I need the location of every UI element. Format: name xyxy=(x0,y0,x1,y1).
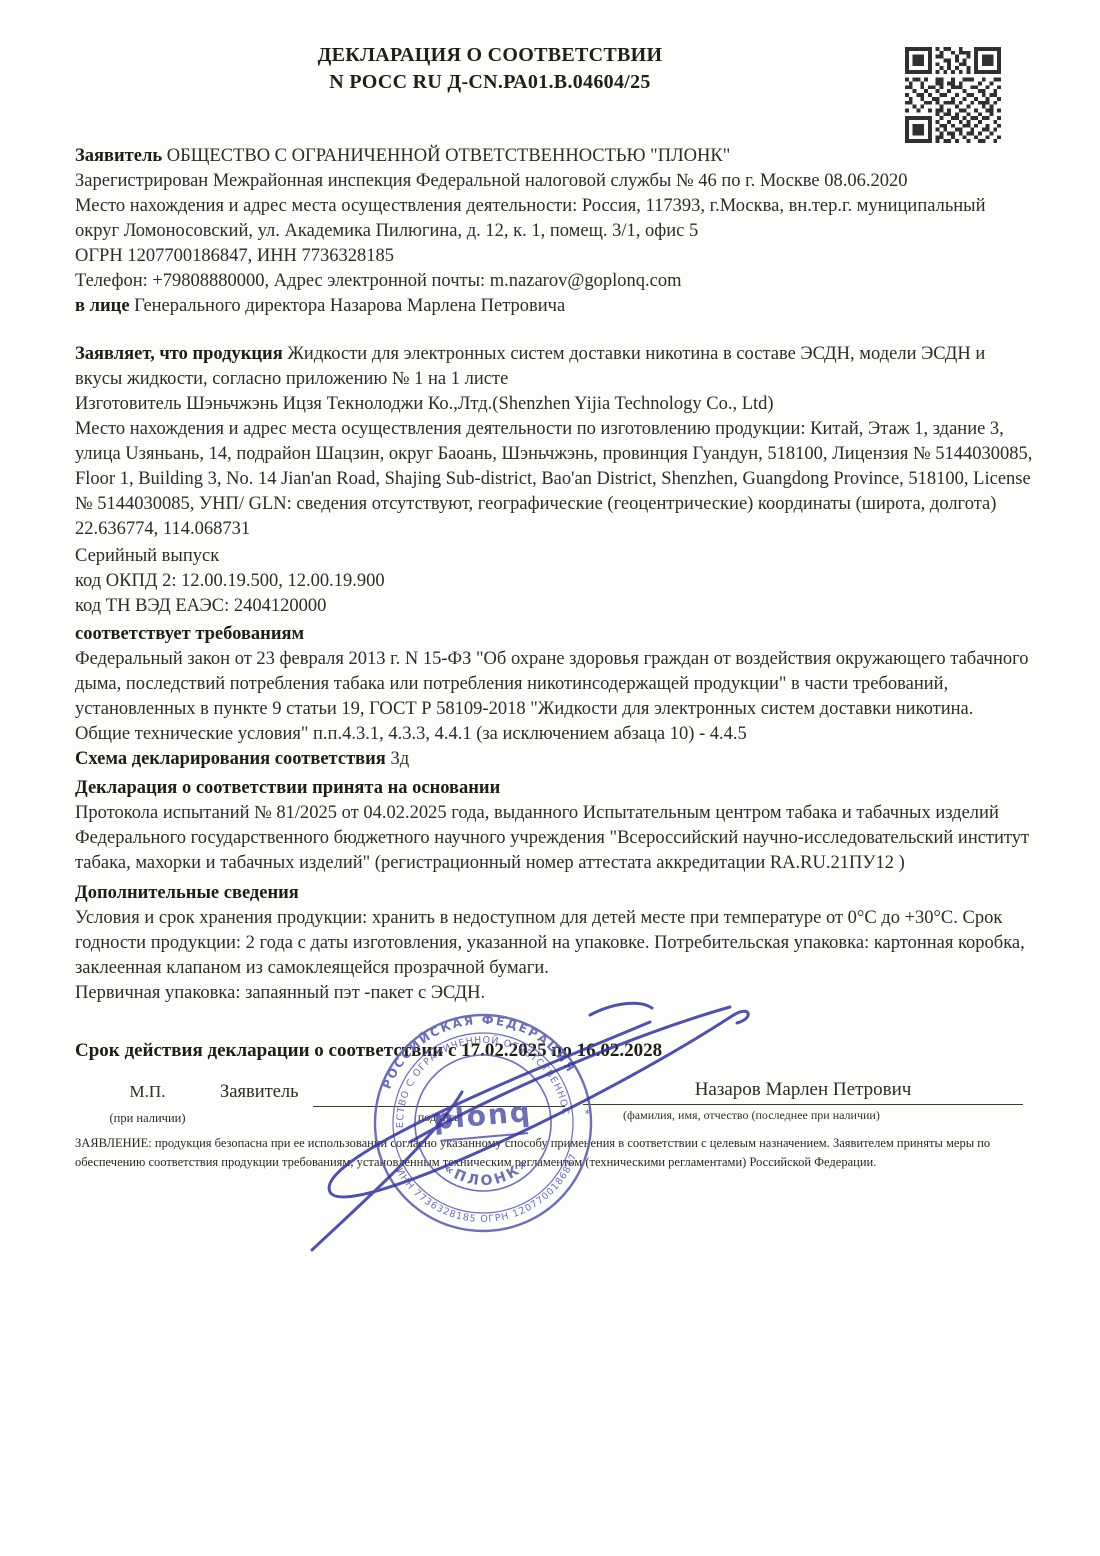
name-column: Назаров Марлен Петрович (фамилия, имя, о… xyxy=(583,1078,1023,1123)
applicant-ogrn-inn: ОГРН 1207700186847, ИНН 7736328185 xyxy=(75,244,1033,269)
title-line2: N РОСС RU Д-CN.РА01.В.04604/25 xyxy=(75,69,905,96)
product-declaration-line: Заявляет, что продукция Жидкости для эле… xyxy=(75,342,1033,392)
name-caption: (фамилия, имя, отчество (последнее при н… xyxy=(623,1108,1023,1123)
applicant-in-person-line: в лице Генерального директора Назарова М… xyxy=(75,294,1033,319)
signatory-name: Назаров Марлен Петрович xyxy=(583,1078,1023,1102)
mp-label: М.П. xyxy=(75,1082,220,1102)
basis-section: Декларация о соответствии принята на осн… xyxy=(75,776,1033,876)
additional-text: Условия и срок хранения продукции: храни… xyxy=(75,906,1033,981)
compliance-label: соответствует требованиям xyxy=(75,622,1033,647)
product-section: Заявляет, что продукция Жидкости для эле… xyxy=(75,342,1033,619)
applicant-registered: Зарегистрирован Межрайонная инспекция Фе… xyxy=(75,169,1033,194)
title-line1: ДЕКЛАРАЦИЯ О СООТВЕТСТВИИ xyxy=(75,42,905,69)
applicant-section: Заявитель ОБЩЕСТВО С ОГРАНИЧЕННОЙ ОТВЕТС… xyxy=(75,144,1033,319)
applicant-name-line: Заявитель ОБЩЕСТВО С ОГРАНИЧЕННОЙ ОТВЕТС… xyxy=(75,144,1033,169)
serial-line: Серийный выпуск xyxy=(75,544,1033,569)
document-title: ДЕКЛАРАЦИЯ О СООТВЕТСТВИИ N РОСС RU Д-CN… xyxy=(75,42,905,96)
signature-caption: подпись xyxy=(313,1110,565,1125)
applicant-label: Заявитель xyxy=(75,146,162,166)
name-line xyxy=(583,1102,1023,1105)
manufacturer-line: Изготовитель Шэньчжэнь Ицзя Текнолоджи К… xyxy=(75,392,1033,417)
signature-line-wrap: подпись xyxy=(313,1082,565,1125)
basis-text: Протокола испытаний № 81/2025 от 04.02.2… xyxy=(75,801,1033,876)
scheme-label: Схема декларирования соответствия xyxy=(75,749,386,769)
compliance-text: Федеральный закон от 23 февраля 2013 г. … xyxy=(75,647,1033,747)
tnved-line: код ТН ВЭД ЕАЭС: 2404120000 xyxy=(75,594,1033,619)
signature-row: М.П. (при наличии) Заявитель подпись Наз… xyxy=(75,1078,1033,1126)
document-content: ДЕКЛАРАЦИЯ О СООТВЕТСТВИИ N РОСС RU Д-CN… xyxy=(75,0,1033,1172)
additional-label: Дополнительные сведения xyxy=(75,881,1033,906)
basis-label: Декларация о соответствии принята на осн… xyxy=(75,776,1033,801)
manufacturer-address: Место нахождения и адрес места осуществл… xyxy=(75,417,1033,542)
signature-line xyxy=(313,1082,565,1107)
in-person-label: в лице xyxy=(75,296,130,316)
statement-fineprint: ЗАЯВЛЕНИЕ: продукция безопасна при ее ис… xyxy=(75,1134,1060,1172)
scheme-line: Схема декларирования соответствия 3д xyxy=(75,747,1033,772)
compliance-section: соответствует требованиям Федеральный за… xyxy=(75,622,1033,772)
additional-text2: Первичная упаковка: запаянный пэт -пакет… xyxy=(75,981,1033,1006)
mp-note: (при наличии) xyxy=(75,1111,220,1126)
mp-column: М.П. (при наличии) xyxy=(75,1078,220,1126)
applicant-sign-label: Заявитель xyxy=(220,1082,299,1125)
additional-section: Дополнительные сведения Условия и срок х… xyxy=(75,881,1033,1006)
validity-line: Срок действия декларации о соответствии … xyxy=(75,1040,1033,1062)
document-page: ДЕКЛАРАЦИЯ О СООТВЕТСТВИИ N РОСС RU Д-CN… xyxy=(0,0,1100,1556)
applicant-name: ОБЩЕСТВО С ОГРАНИЧЕННОЙ ОТВЕТСТВЕННОСТЬЮ… xyxy=(167,146,730,166)
applicant-address: Место нахождения и адрес места осуществл… xyxy=(75,194,1033,244)
in-person-name: Генерального директора Назарова Марлена … xyxy=(134,296,565,316)
sign-column: Заявитель подпись xyxy=(220,1078,565,1125)
scheme-value: 3д xyxy=(390,749,409,769)
okpd-line: код ОКПД 2: 12.00.19.500, 12.00.19.900 xyxy=(75,569,1033,594)
applicant-contacts: Телефон: +79808880000, Адрес электронной… xyxy=(75,269,1033,294)
product-label: Заявляет, что продукция xyxy=(75,344,283,364)
